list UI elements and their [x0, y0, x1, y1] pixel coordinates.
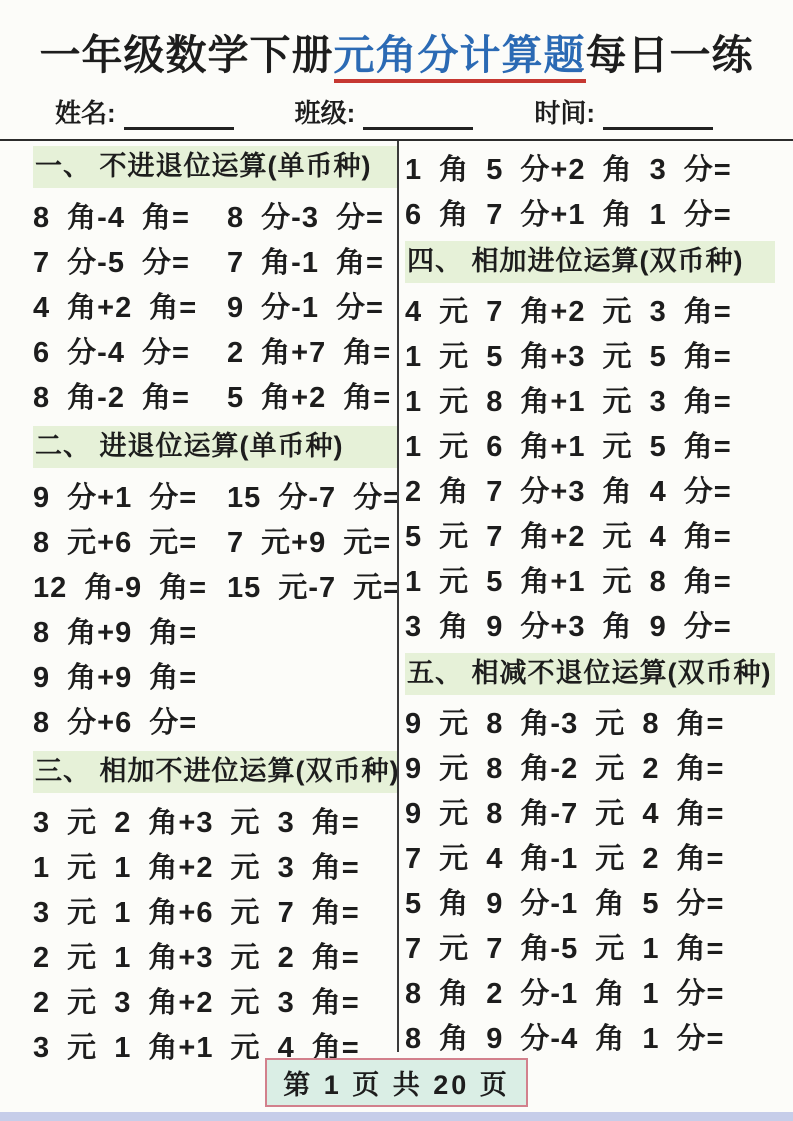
problem-item: 6 角 7 分+1 角 1 分= — [405, 190, 775, 235]
left-column: 一、 不进退位运算(单币种)8 角-4 角=8 分-3 分=7 分-5 分=7 … — [0, 141, 399, 1055]
problem-item — [227, 698, 401, 743]
student-fields: 姓名: 班级: 时间: — [55, 93, 713, 130]
problem-item: 9 元 8 角-2 元 2 角= — [405, 744, 775, 789]
problem-item: 7 分-5 分= — [33, 238, 227, 283]
problem-item: 5 角+2 角= — [227, 373, 397, 418]
worksheet-section: 一、 不进退位运算(单币种)8 角-4 角=8 分-3 分=7 分-5 分=7 … — [33, 146, 397, 418]
problem-item: 3 元 1 角+6 元 7 角= — [33, 888, 397, 933]
problem-item: 2 角 7 分+3 角 4 分= — [405, 467, 775, 512]
worksheet-page: 一年级数学下册元角分计算题每日一练 姓名: 班级: 时间: 一、 不进退位运算(… — [0, 0, 793, 1121]
problem-item: 2 元 3 角+2 元 3 角= — [33, 978, 397, 1023]
section-heading: 二、 进退位运算(单币种) — [33, 426, 397, 468]
problem-item: 8 角+9 角= — [33, 608, 227, 653]
problem-grid: 1 角 5 分+2 角 3 分=6 角 7 分+1 角 1 分= — [405, 145, 775, 235]
problem-item: 2 角+7 角= — [227, 328, 397, 373]
title-suffix: 每日一练 — [586, 32, 754, 78]
problem-item: 9 元 8 角-3 元 8 角= — [405, 699, 775, 744]
problem-item: 8 角-2 角= — [33, 373, 227, 418]
worksheet-section: 三、 相加不进位运算(双币种)3 元 2 角+3 元 3 角=1 元 1 角+2… — [33, 751, 397, 1068]
class-field-label: 班级: — [295, 93, 356, 130]
name-field-label: 姓名: — [55, 93, 116, 130]
page-footer: 第 1 页 共 20 页 — [0, 1058, 793, 1107]
problem-grid: 8 角-4 角=8 分-3 分=7 分-5 分=7 角-1 角=4 角+2 角=… — [33, 193, 397, 418]
worksheet-title: 一年级数学下册元角分计算题每日一练 — [0, 0, 793, 81]
section-heading: 五、 相减不退位运算(双币种) — [405, 653, 775, 695]
page-number-box: 第 1 页 共 20 页 — [265, 1058, 528, 1107]
problem-item: 2 元 1 角+3 元 2 角= — [33, 933, 397, 978]
problem-grid: 9 元 8 角-3 元 8 角=9 元 8 角-2 元 2 角=9 元 8 角-… — [405, 699, 775, 1059]
section-heading: 一、 不进退位运算(单币种) — [33, 146, 397, 188]
right-column: 1 角 5 分+2 角 3 分=6 角 7 分+1 角 1 分=四、 相加进位运… — [399, 141, 793, 1055]
class-field: 班级: — [295, 93, 474, 130]
problem-item: 15 分-7 分= — [227, 473, 401, 518]
title-prefix: 一年级数学下册 — [40, 32, 334, 78]
problem-item: 7 元 4 角-1 元 2 角= — [405, 834, 775, 879]
problem-item: 15 元-7 元= — [227, 563, 401, 608]
problem-item: 8 分-3 分= — [227, 193, 397, 238]
column-divider — [397, 141, 399, 1052]
problem-grid: 9 分+1 分=15 分-7 分=8 元+6 元=7 元+9 元=12 角-9 … — [33, 473, 397, 743]
problem-item: 1 元 1 角+2 元 3 角= — [33, 843, 397, 888]
problem-item: 8 分+6 分= — [33, 698, 227, 743]
problem-item: 12 角-9 角= — [33, 563, 227, 608]
time-blank-line — [603, 101, 713, 130]
worksheet-section: 四、 相加进位运算(双币种)4 元 7 角+2 元 3 角=1 元 5 角+3 … — [405, 241, 775, 647]
problem-item: 1 元 5 角+1 元 8 角= — [405, 557, 775, 602]
problem-item: 1 元 8 角+1 元 3 角= — [405, 377, 775, 422]
worksheet-section: 1 角 5 分+2 角 3 分=6 角 7 分+1 角 1 分= — [405, 145, 775, 235]
problem-item: 1 角 5 分+2 角 3 分= — [405, 145, 775, 190]
name-blank-line — [124, 101, 234, 130]
problem-item: 9 分-1 分= — [227, 283, 397, 328]
title-highlight: 元角分计算题 — [334, 32, 586, 83]
problem-item: 3 角 9 分+3 角 9 分= — [405, 602, 775, 647]
problem-item: 9 分+1 分= — [33, 473, 227, 518]
worksheet-section: 二、 进退位运算(单币种)9 分+1 分=15 分-7 分=8 元+6 元=7 … — [33, 426, 397, 743]
problem-grid: 3 元 2 角+3 元 3 角=1 元 1 角+2 元 3 角=3 元 1 角+… — [33, 798, 397, 1068]
problem-item: 6 分-4 分= — [33, 328, 227, 373]
problem-item: 1 元 5 角+3 元 5 角= — [405, 332, 775, 377]
problem-grid: 4 元 7 角+2 元 3 角=1 元 5 角+3 元 5 角=1 元 8 角+… — [405, 287, 775, 647]
section-heading: 四、 相加进位运算(双币种) — [405, 241, 775, 283]
time-field-label: 时间: — [534, 93, 595, 130]
problem-item: 1 元 6 角+1 元 5 角= — [405, 422, 775, 467]
problem-item: 7 元+9 元= — [227, 518, 401, 563]
section-heading: 三、 相加不进位运算(双币种) — [33, 751, 397, 793]
worksheet-section: 五、 相减不退位运算(双币种)9 元 8 角-3 元 8 角=9 元 8 角-2… — [405, 653, 775, 1059]
bottom-edge-strip — [0, 1112, 793, 1121]
problem-item: 8 元+6 元= — [33, 518, 227, 563]
problem-item — [227, 653, 401, 698]
problem-item: 8 角 9 分-4 角 1 分= — [405, 1014, 775, 1059]
problem-item: 8 角-4 角= — [33, 193, 227, 238]
problem-item: 5 元 7 角+2 元 4 角= — [405, 512, 775, 557]
problem-item: 8 角 2 分-1 角 1 分= — [405, 969, 775, 1014]
time-field: 时间: — [534, 93, 713, 130]
problem-item: 9 元 8 角-7 元 4 角= — [405, 789, 775, 834]
problem-item: 5 角 9 分-1 角 5 分= — [405, 879, 775, 924]
problem-item: 4 角+2 角= — [33, 283, 227, 328]
name-field: 姓名: — [55, 93, 234, 130]
problem-item: 3 元 2 角+3 元 3 角= — [33, 798, 397, 843]
problem-item — [227, 608, 401, 653]
problem-item: 7 元 7 角-5 元 1 角= — [405, 924, 775, 969]
problem-item: 4 元 7 角+2 元 3 角= — [405, 287, 775, 332]
problem-item: 9 角+9 角= — [33, 653, 227, 698]
class-blank-line — [363, 101, 473, 130]
problem-item: 7 角-1 角= — [227, 238, 397, 283]
